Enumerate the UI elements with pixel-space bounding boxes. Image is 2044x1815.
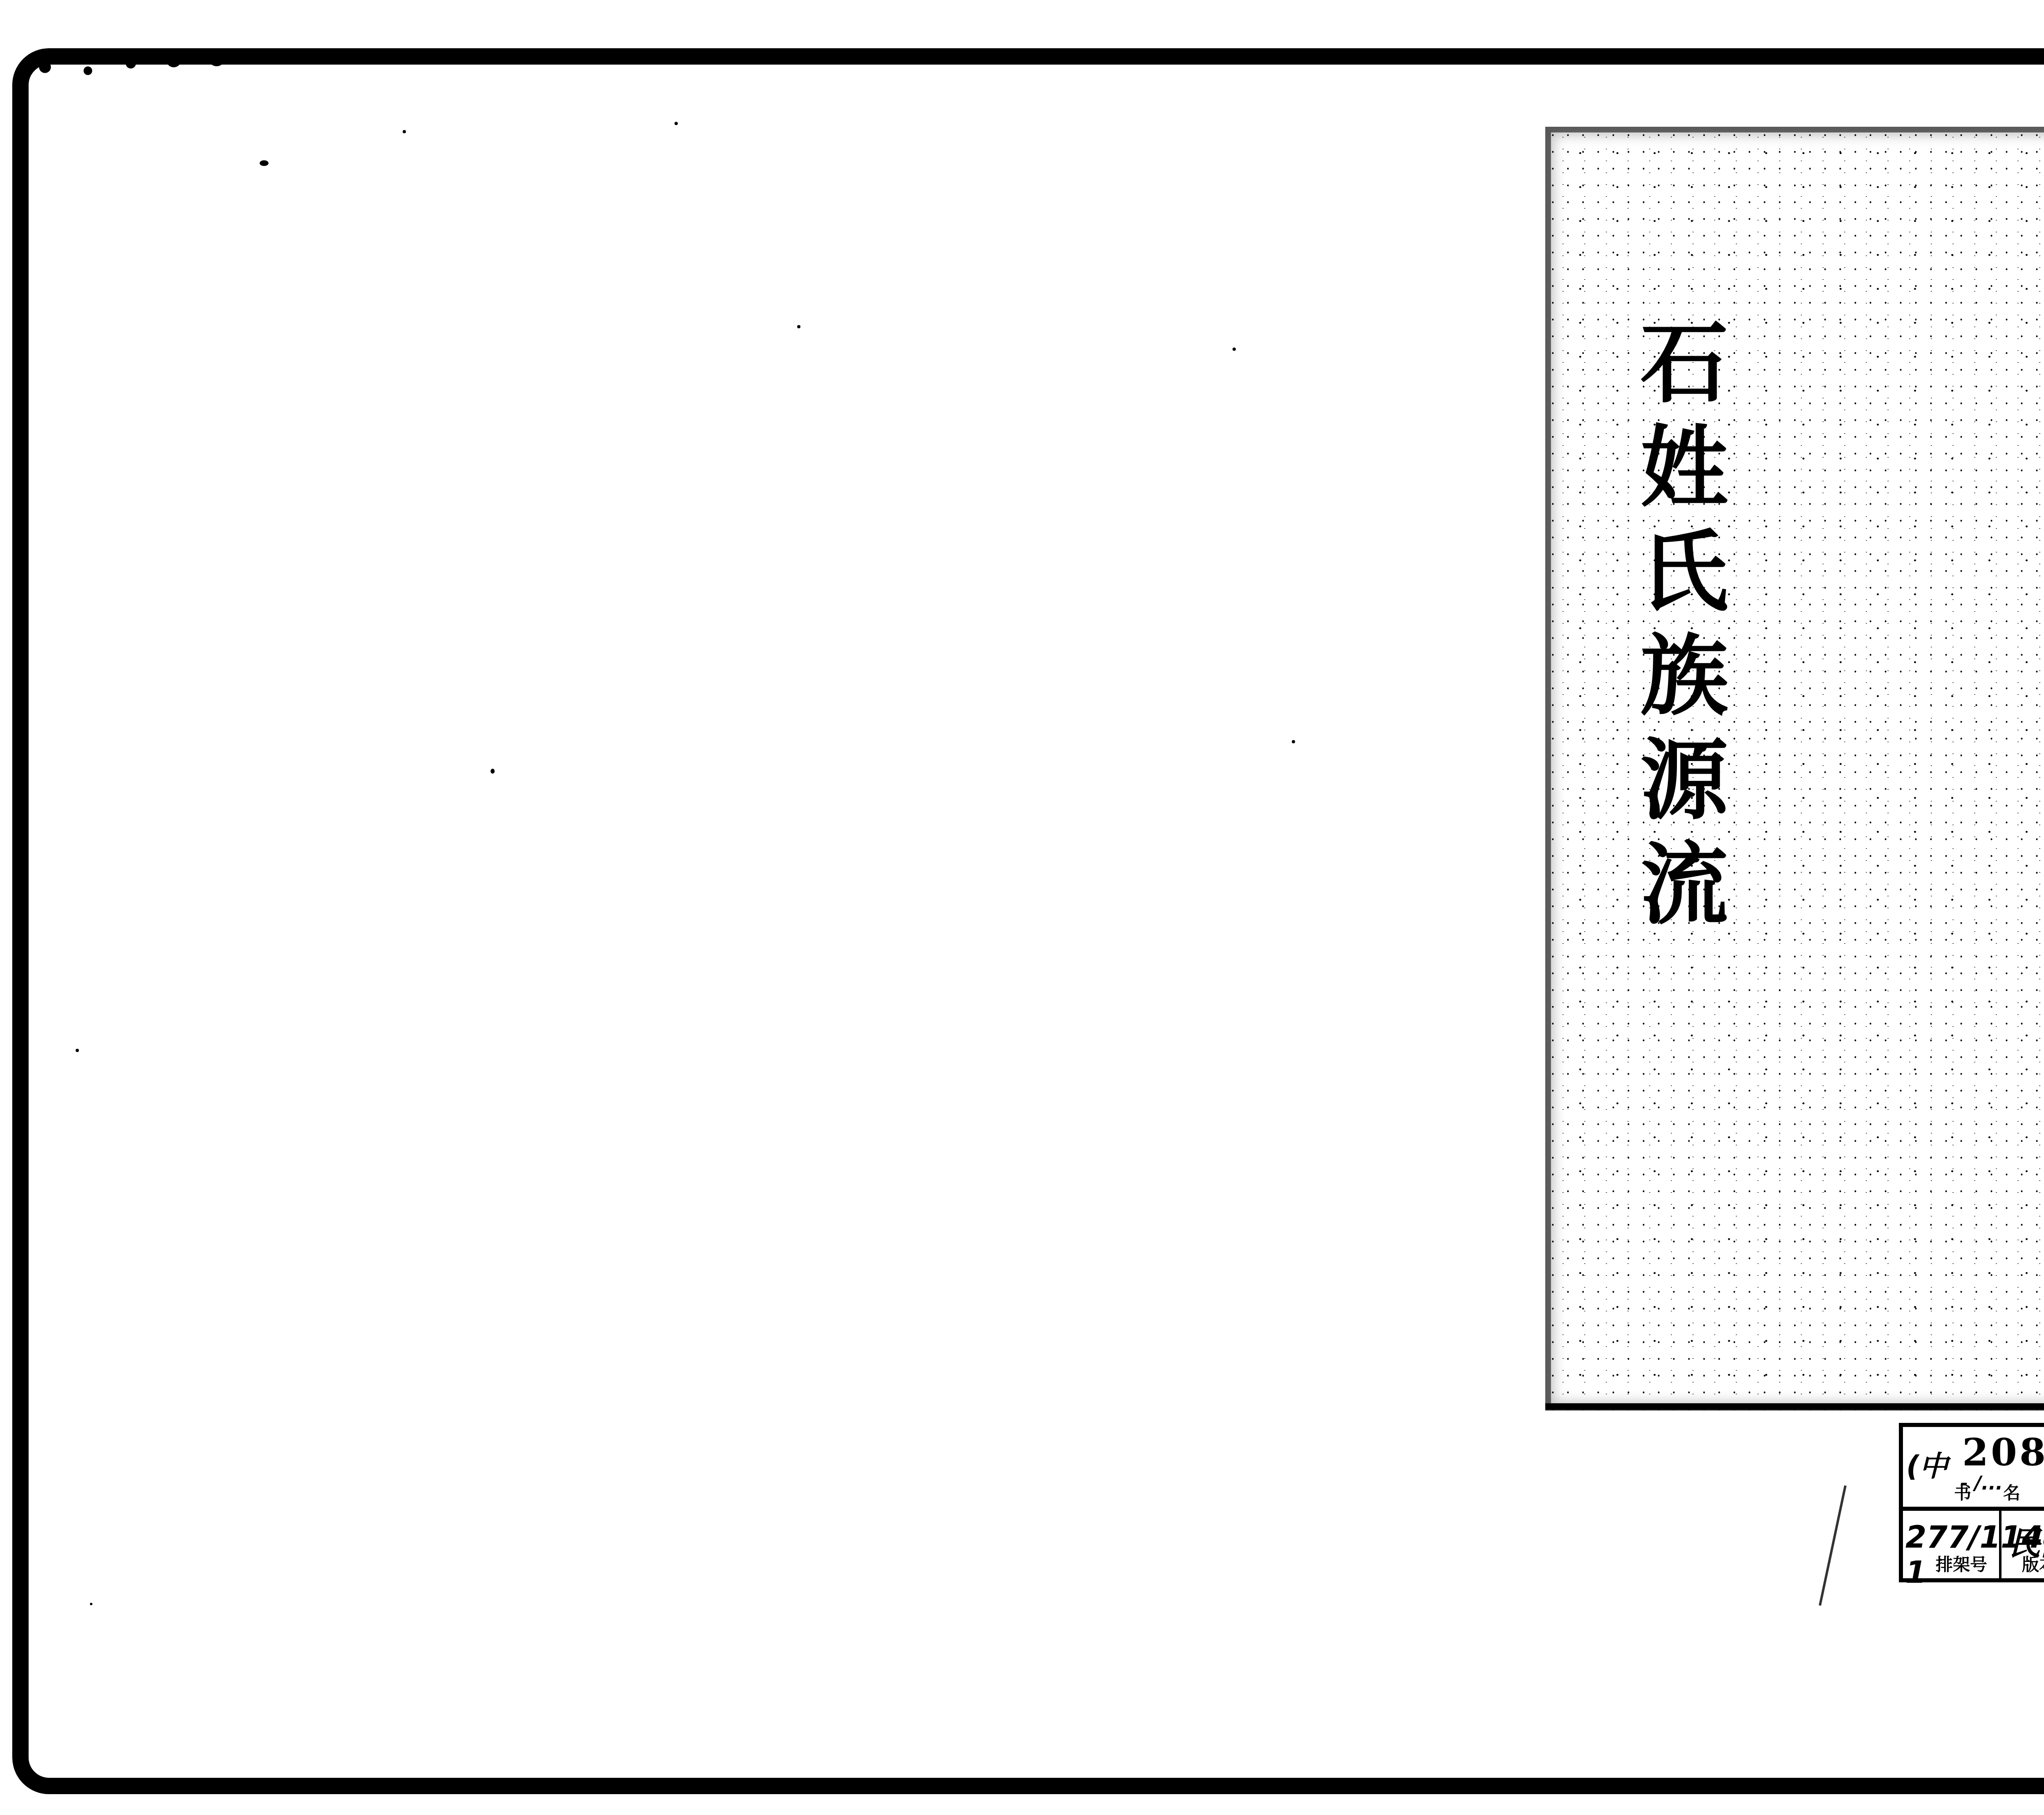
- book-cover-panel: [1545, 127, 2044, 1411]
- shelf-number-cell: 277/1148-1 排架号: [1903, 1511, 1999, 1578]
- scan-speck: [403, 130, 406, 133]
- scan-speck: [1292, 740, 1295, 743]
- scan-speck: [491, 769, 495, 774]
- accession-number: 208194: [1962, 1430, 2044, 1474]
- caption-edition: 版本: [2022, 1551, 2044, 1576]
- title-char: 氏: [1641, 519, 1728, 624]
- frame-wear-marks: [16, 45, 303, 82]
- title-char: 石: [1641, 311, 1728, 415]
- scan-speck: [675, 122, 678, 125]
- scan-speck: [797, 325, 800, 328]
- scan-speck: [1233, 348, 1236, 351]
- title-char: 族: [1641, 624, 1728, 728]
- cover-bottom-edge: [1545, 1403, 2044, 1410]
- scan-speck: [90, 1603, 92, 1605]
- scan-speck: [76, 1049, 79, 1052]
- partial-stamp: (中: [1906, 1443, 1948, 1485]
- title-char: 流: [1641, 832, 1728, 936]
- title-char: 源: [1641, 728, 1728, 832]
- cover-title: 石 姓 氏 族 源 流: [1629, 311, 1739, 936]
- scan-speck: [260, 160, 269, 166]
- caption-name: 名: [2003, 1480, 2020, 1504]
- library-catalog-label: (中 208194 - /... 氏源流 书 名 一 册 277/1148-1 …: [1899, 1423, 2044, 1582]
- title-char: 姓: [1641, 415, 1728, 519]
- edition-cell: 民国 版本: [1999, 1511, 2044, 1578]
- caption-shelf-number: 排架号: [1936, 1551, 1987, 1576]
- book-title-cell: (中 208194 - /... 氏源流 书 名: [1903, 1427, 2044, 1507]
- label-row-details: 277/1148-1 排架号 民国 版本 登记号: [1899, 1507, 2044, 1582]
- label-row-title: (中 208194 - /... 氏源流 书 名 一 册: [1899, 1423, 2044, 1507]
- caption-book: 书: [1954, 1480, 1971, 1504]
